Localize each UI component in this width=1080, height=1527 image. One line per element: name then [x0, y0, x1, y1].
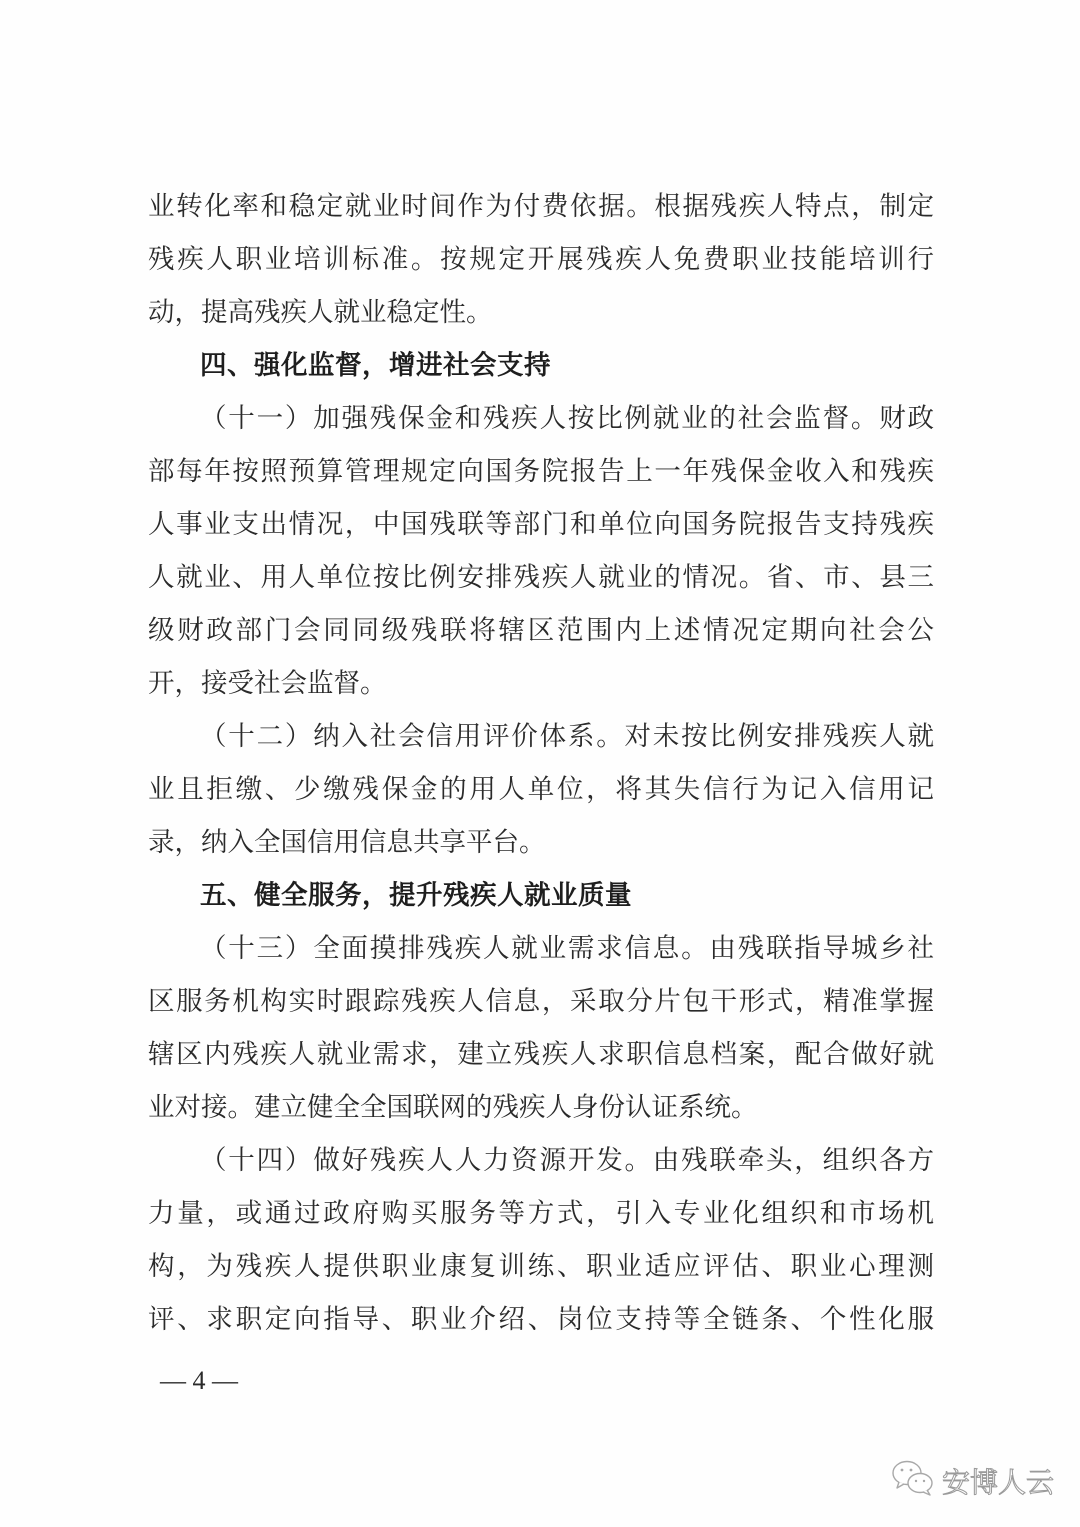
body-line-1: 业转化率和稳定就业时间作为付费依据。根据残疾人特点，制定 [148, 187, 934, 227]
paragraph-11-start: （十一）加强残保金和残疾人按比例就业的社会监督。财政 [200, 399, 934, 439]
document-page: 业转化率和稳定就业时间作为付费依据。根据残疾人特点，制定 残疾人职业培训标准。按… [0, 0, 1080, 1527]
body-line-12: 业且拒缴、少缴残保金的用人单位，将其失信行为记入信用记 [148, 770, 934, 810]
watermark-text: 安博人云 [942, 1461, 1054, 1501]
body-line-20: 力量，或通过政府购买服务等方式，引入专业化组织和市场机 [148, 1194, 934, 1234]
page-number: — 4 — [160, 1366, 238, 1396]
body-line-10: 开，接受社会监督。 [148, 664, 934, 704]
body-line-6: 部每年按照预算管理规定向国务院报告上一年残保金收入和残疾 [148, 452, 934, 492]
section-heading-4: 四、强化监督，增进社会支持 [200, 346, 986, 386]
body-line-9: 级财政部门会同同级残联将辖区范围内上述情况定期向社会公 [148, 611, 934, 651]
watermark: 安博人云 [890, 1458, 1054, 1503]
body-line-21: 构，为残疾人提供职业康复训练、职业适应评估、职业心理测 [148, 1247, 934, 1287]
wechat-icon [890, 1458, 936, 1503]
paragraph-12-start: （十二）纳入社会信用评价体系。对未按比例安排残疾人就 [200, 717, 934, 757]
body-line-22: 评、求职定向指导、职业介绍、岗位支持等全链条、个性化服 [148, 1300, 934, 1340]
body-line-8: 人就业、用人单位按比例安排残疾人就业的情况。省、市、县三 [148, 558, 934, 598]
body-line-18: 业对接。建立健全全国联网的残疾人身份认证系统。 [148, 1088, 934, 1128]
body-line-3: 动，提高残疾人就业稳定性。 [148, 293, 934, 333]
paragraph-13-start: （十三）全面摸排残疾人就业需求信息。由残联指导城乡社 [200, 929, 934, 969]
section-heading-5: 五、健全服务，提升残疾人就业质量 [200, 876, 986, 916]
body-line-2: 残疾人职业培训标准。按规定开展残疾人免费职业技能培训行 [148, 240, 934, 280]
body-line-7: 人事业支出情况，中国残联等部门和单位向国务院报告支持残疾 [148, 505, 934, 545]
body-line-13: 录，纳入全国信用信息共享平台。 [148, 823, 934, 863]
body-line-17: 辖区内残疾人就业需求，建立残疾人求职信息档案，配合做好就 [148, 1035, 934, 1075]
body-line-16: 区服务机构实时跟踪残疾人信息，采取分片包干形式，精准掌握 [148, 982, 934, 1022]
paragraph-14-start: （十四）做好残疾人人力资源开发。由残联牵头，组织各方 [200, 1141, 934, 1181]
